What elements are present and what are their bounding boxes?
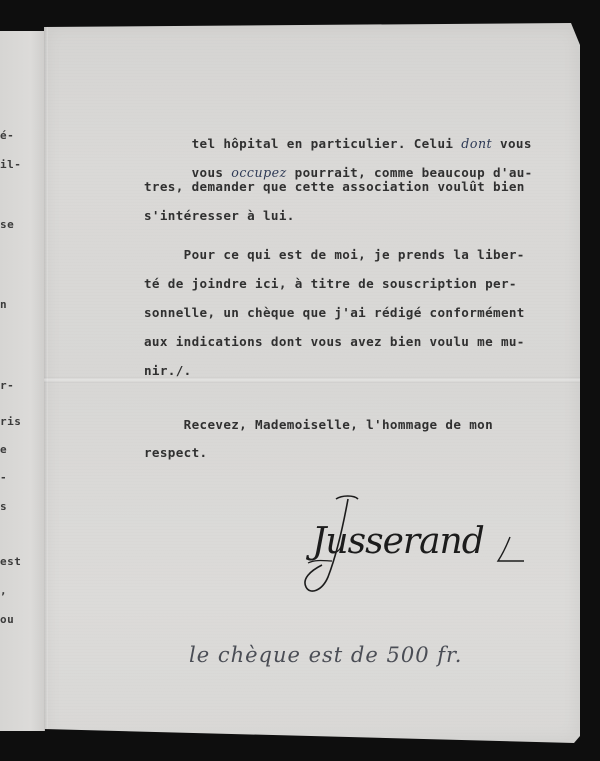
left-fragment: se bbox=[0, 218, 14, 231]
horizontal-fold-crease bbox=[44, 377, 580, 383]
left-fragment: ris bbox=[0, 415, 21, 428]
body-line: aux indications dont vous avez bien voul… bbox=[144, 334, 525, 349]
previous-page-edge: é- il- se n r- ris e - s est , ou bbox=[0, 31, 45, 731]
closing-line: respect. bbox=[144, 445, 207, 460]
handwritten-note: le chèque est de 500 fr. bbox=[189, 643, 462, 667]
left-fragment: , bbox=[0, 584, 7, 597]
left-fragment: r- bbox=[0, 379, 14, 392]
left-fragment: est bbox=[0, 555, 21, 568]
body-line: Pour ce qui est de moi, je prends la lib… bbox=[144, 247, 525, 262]
signature: Jusserand bbox=[292, 491, 542, 601]
left-fragment: ou bbox=[0, 613, 14, 626]
signature-text: Jusserand bbox=[312, 521, 484, 562]
left-fragment: e bbox=[0, 443, 7, 456]
body-line: nir./. bbox=[144, 363, 192, 378]
left-fragment: - bbox=[0, 471, 7, 484]
photo-stage: é- il- se n r- ris e - s est , ou tel hô… bbox=[0, 0, 600, 761]
closing-line: Recevez, Mademoiselle, l'hommage de mon bbox=[144, 417, 493, 432]
handwritten-correction: dont bbox=[461, 136, 492, 151]
body-line: sonnelle, un chèque que j'ai rédigé conf… bbox=[144, 305, 525, 320]
body-line: s'intéresser à lui. bbox=[144, 208, 295, 223]
left-fragment: s bbox=[0, 500, 7, 513]
left-fragment: n bbox=[0, 298, 7, 311]
body-line: tres, demander que cette association vou… bbox=[144, 179, 525, 194]
paper-edge-shadow bbox=[44, 23, 48, 743]
left-fragment: il- bbox=[0, 158, 21, 171]
left-fragment: é- bbox=[0, 129, 14, 142]
letter-sheet: tel hôpital en particulier. Celui dont v… bbox=[44, 23, 580, 743]
body-line: té de joindre ici, à titre de souscripti… bbox=[144, 276, 517, 291]
handwritten-correction: occupez bbox=[231, 165, 286, 180]
